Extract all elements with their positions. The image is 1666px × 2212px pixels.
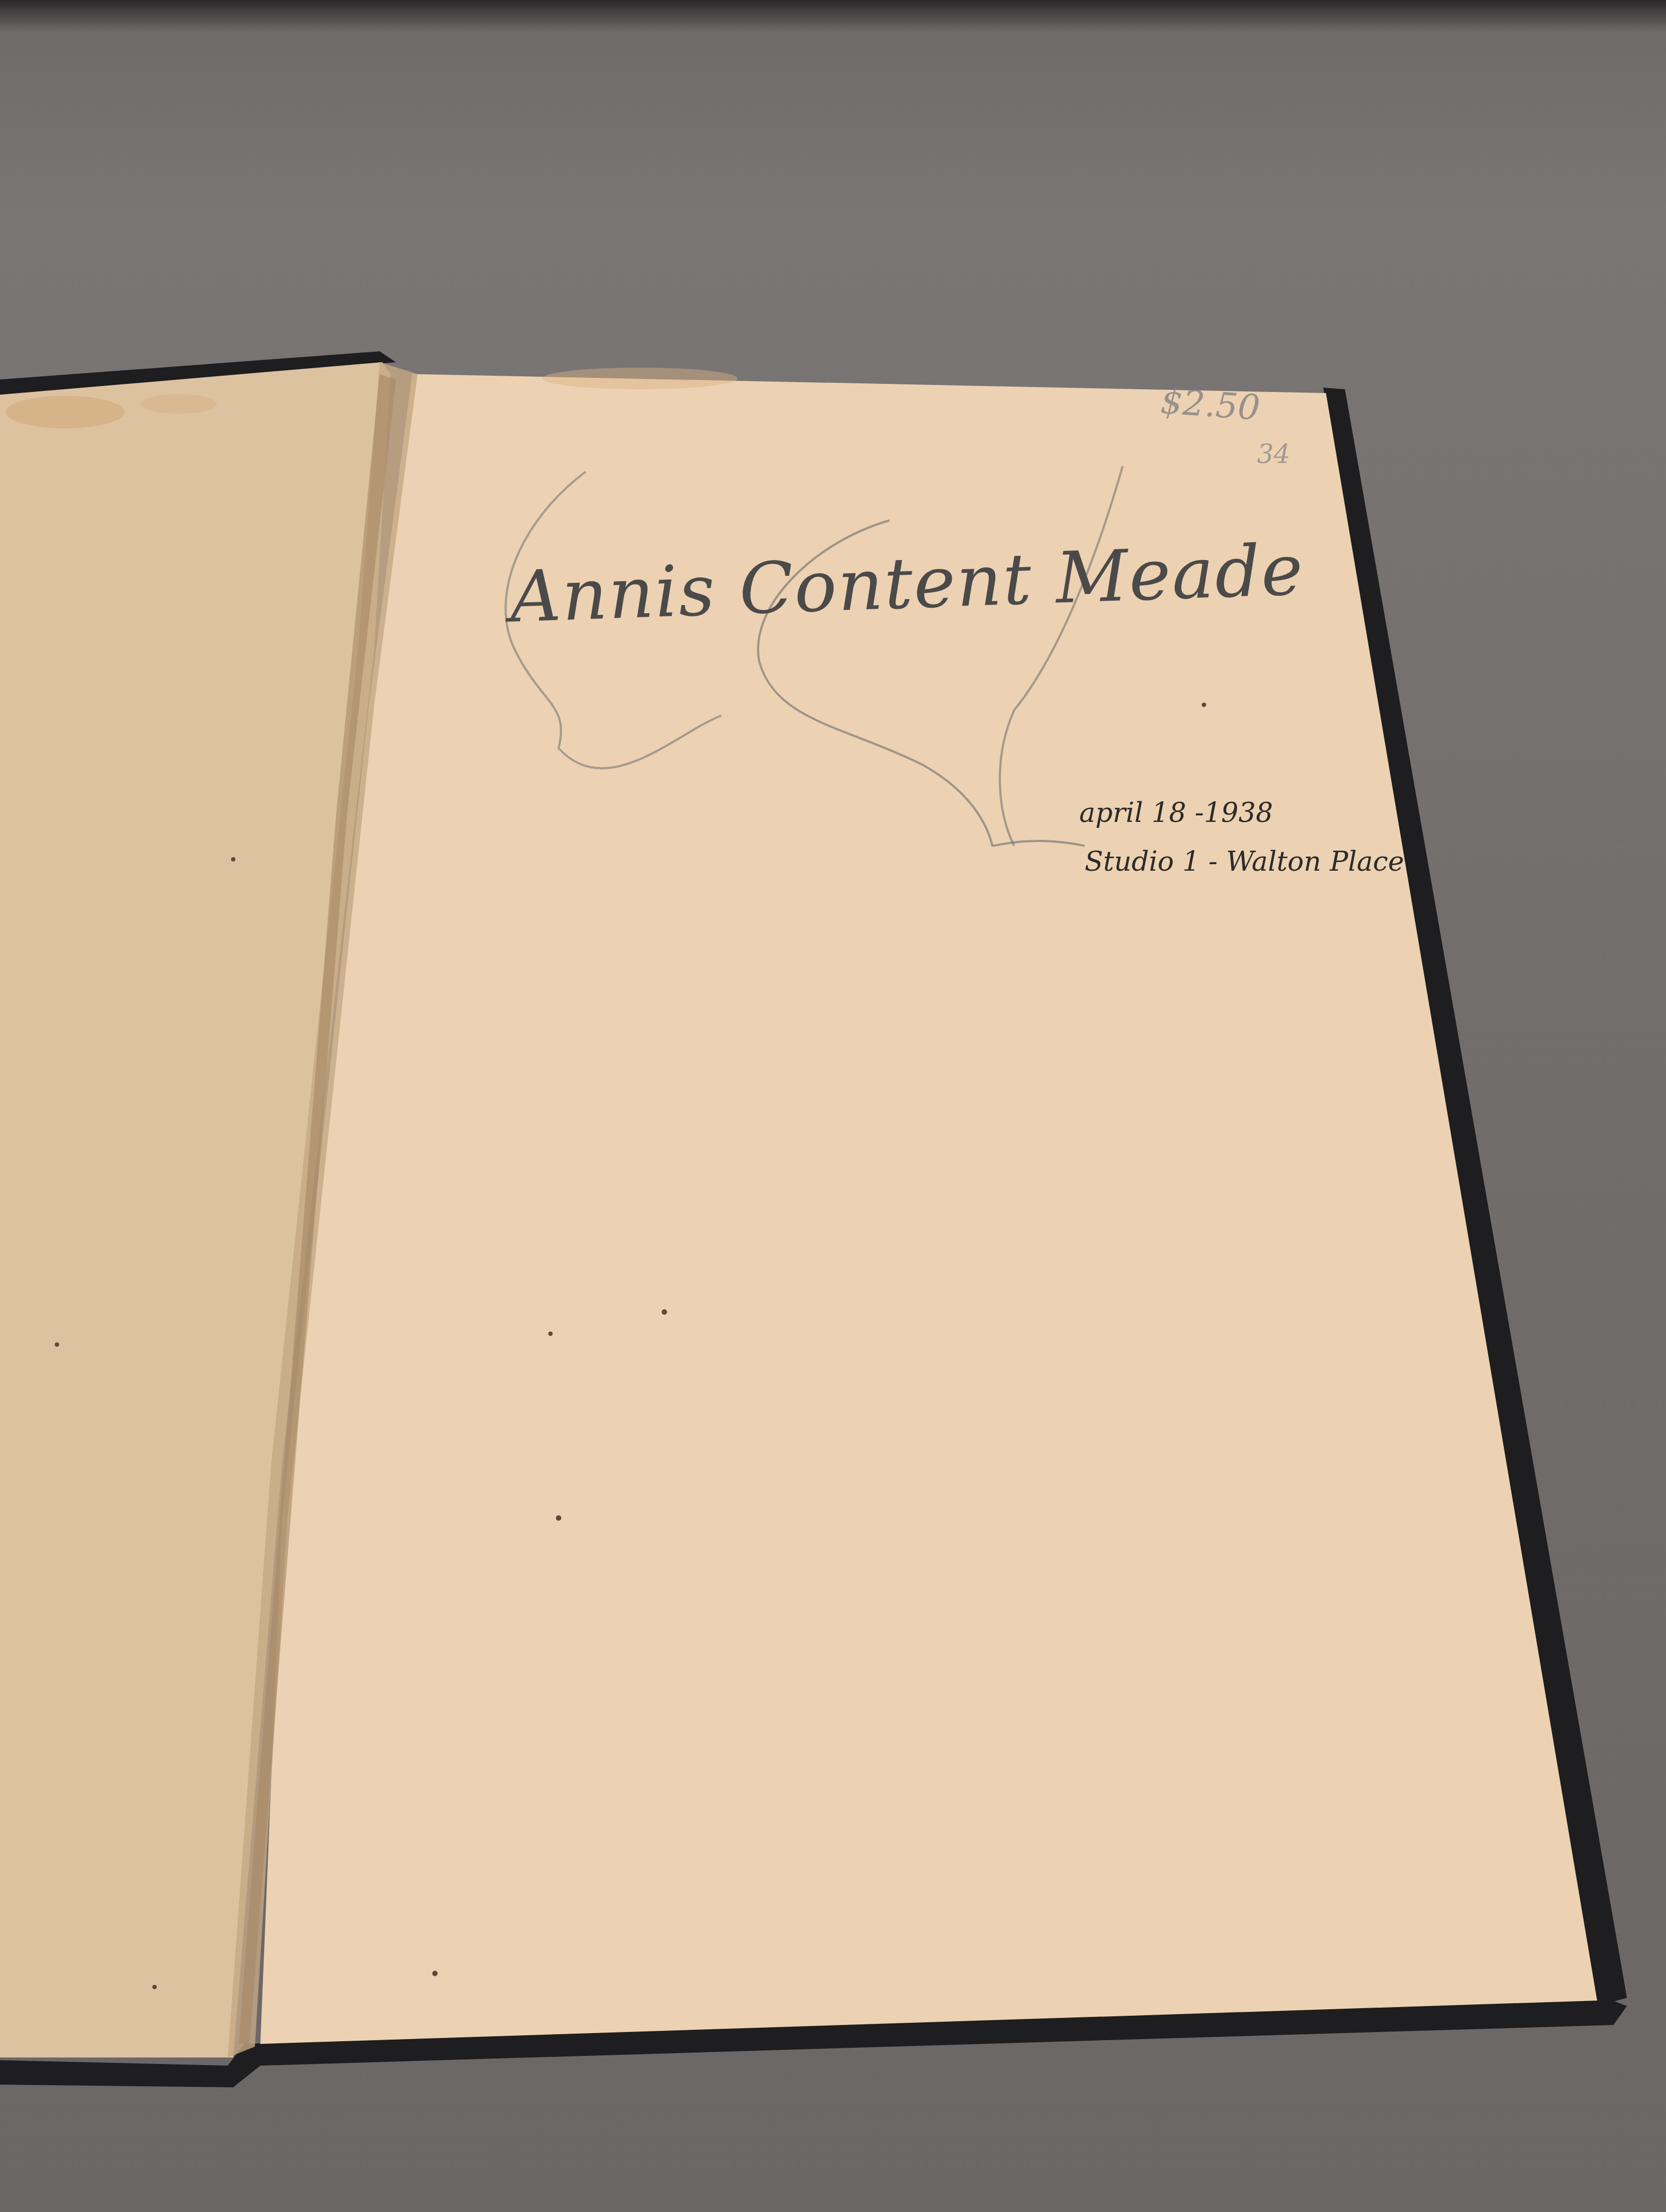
inscription-date: april 18 -1938 (1079, 797, 1273, 828)
code-note: 34 (1257, 439, 1290, 470)
book-cover (0, 0, 1666, 2212)
price-note: $2.50 (1159, 382, 1261, 429)
inscription-place: Studio 1 - Walton Place (1085, 846, 1404, 877)
photo-scene: $2.50 34 Annis Content Meade april 18 -1… (0, 0, 1666, 2212)
